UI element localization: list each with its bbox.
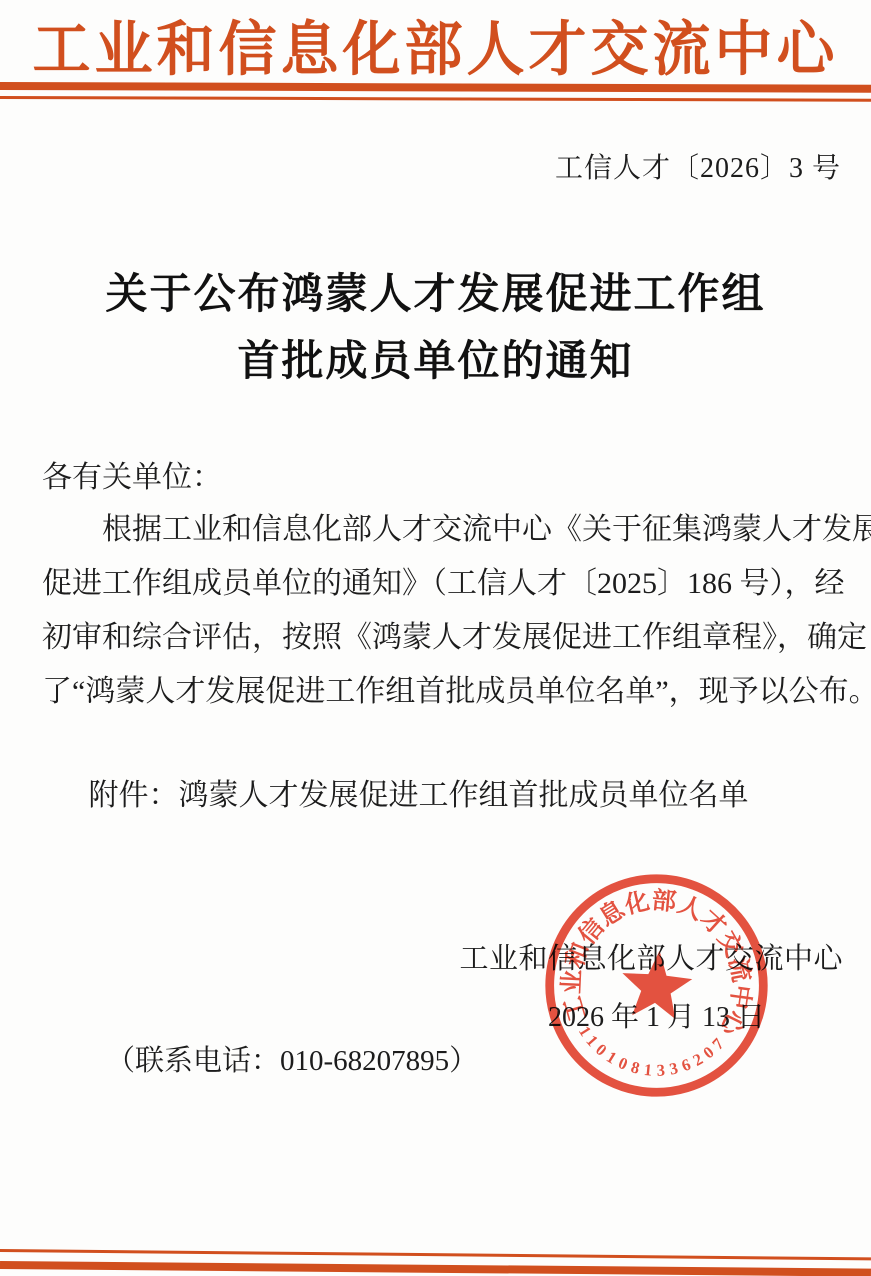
signature-org-name: 工业和信息化部人才交流中心 <box>459 936 843 977</box>
contact-phone-line: （联系电话：010-68207895） <box>106 1038 478 1079</box>
document-number: 工信人才〔2026〕3 号 <box>555 146 841 186</box>
document-title-line2: 首批成员单位的通知 <box>0 329 871 396</box>
body-line: 促进工作组成员单位的通知》（工信人才〔2025〕186 号），经 <box>42 557 844 611</box>
body-line: 根据工业和信息化部人才交流中心《关于征集鸿蒙人才发展 <box>42 503 844 557</box>
body-line: 了“鸿蒙人才发展促进工作组首批成员单位名单”，现予以公布。 <box>42 665 844 719</box>
letterhead: 工业和信息化部人才交流中心 <box>0 0 871 86</box>
letterhead-org-name: 工业和信息化部人才交流中心 <box>32 1 838 87</box>
official-notice-page: 工业和信息化部人才交流中心 工信人才〔2026〕3 号 关于公布鸿蒙人才发展促进… <box>0 0 871 1276</box>
attachment-line: 附件：鸿蒙人才发展促进工作组首批成员单位名单 <box>42 770 749 814</box>
letterhead-rule-thin <box>0 96 871 102</box>
footer-rule-thick <box>0 1261 871 1276</box>
body-line: 初审和综合评估，按照《鸿蒙人才发展促进工作组章程》，确定 <box>42 611 844 665</box>
document-title-line1: 关于公布鸿蒙人才发展促进工作组 <box>0 262 871 329</box>
seal-ring <box>541 870 772 1101</box>
letterhead-rule-thick <box>0 82 871 93</box>
signature-date: 2026 年 1 月 13 日 <box>548 995 765 1035</box>
body-paragraph: 根据工业和信息化部人才交流中心《关于征集鸿蒙人才发展 促进工作组成员单位的通知》… <box>42 503 844 719</box>
official-seal-graphic: 工业和信息化部人才交流中心 1101081336207 <box>530 859 782 1111</box>
footer-rule-thin <box>0 1249 871 1260</box>
salutation: 各有关单位： <box>42 452 222 496</box>
document-title: 关于公布鸿蒙人才发展促进工作组 首批成员单位的通知 <box>0 262 871 396</box>
official-seal: 工业和信息化部人才交流中心 1101081336207 <box>530 859 782 1111</box>
